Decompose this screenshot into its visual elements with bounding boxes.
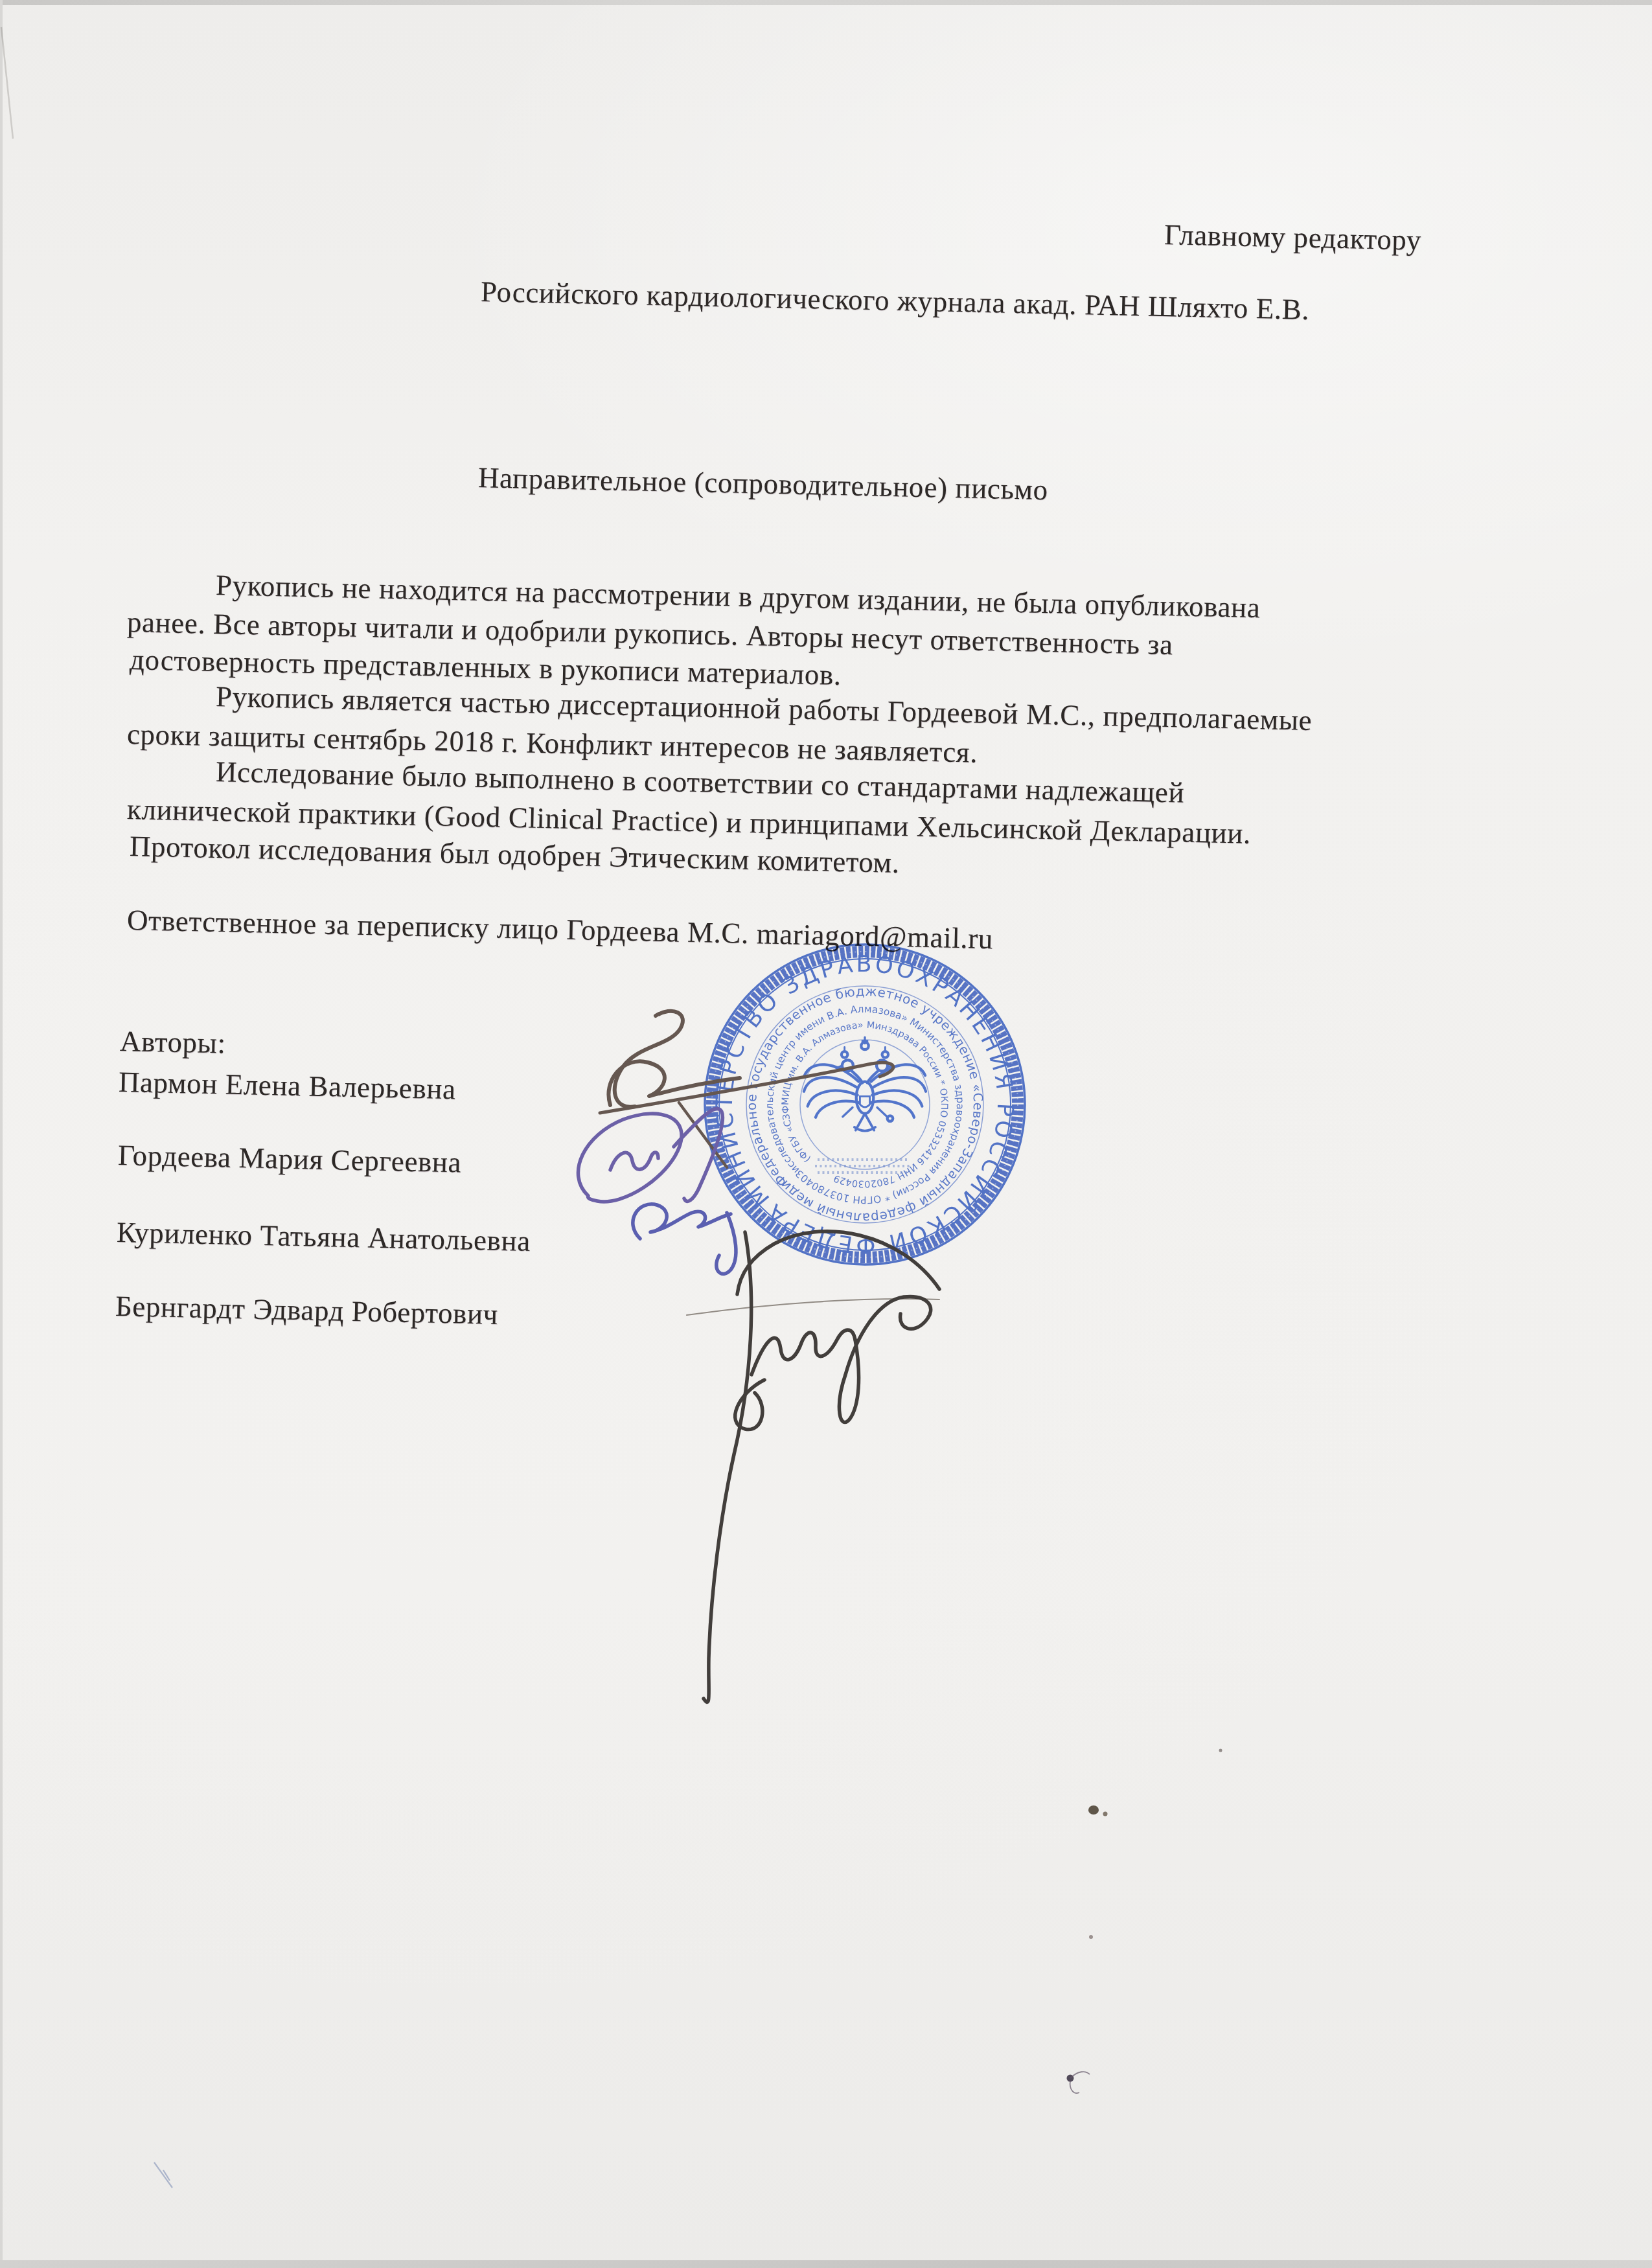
paper-blemishes [1, 27, 1222, 2188]
signature-bernhardt [687, 1231, 939, 1702]
stamp-ring2-text: Федеральное государственное бюджетное уч… [0, 0, 986, 1226]
paper-crease [1, 27, 13, 139]
stamp-ring3-text: исследовательский центр имени В.А. Алмаз… [0, 0, 966, 1206]
ink-overlay: МИНИСТЕРСТВО ЗДРАВООХРАНЕНИЯ РОССИЙСКОЙ … [0, 0, 1652, 2268]
ink-speck [1103, 1812, 1108, 1816]
signature-kurilenko [633, 1204, 736, 1274]
stamp-separator-circle-2 [800, 1040, 930, 1169]
ink-speck [1219, 1749, 1222, 1752]
scanned-letter-page: Главному редактору Российского кардиолог… [0, 0, 1652, 2268]
signature-gordeeva [578, 1108, 722, 1202]
ink-squiggle [1070, 2072, 1090, 2093]
official-stamp: МИНИСТЕРСТВО ЗДРАВООХРАНЕНИЯ РОССИЙСКОЙ … [0, 0, 1025, 1265]
pen-streak [154, 2162, 172, 2188]
ink-speck [1088, 1805, 1099, 1815]
stamp-ring4-text: (ФГБУ «СЗФМИЦ им. В.А. Алмазова» Минздра… [781, 1020, 949, 1189]
double-headed-eagle-icon [804, 1037, 926, 1130]
ink-speck [1089, 1935, 1093, 1939]
stamp-ring1-text: МИНИСТЕРСТВО ЗДРАВООХРАНЕНИЯ РОССИЙСКОЙ … [0, 0, 1018, 1257]
